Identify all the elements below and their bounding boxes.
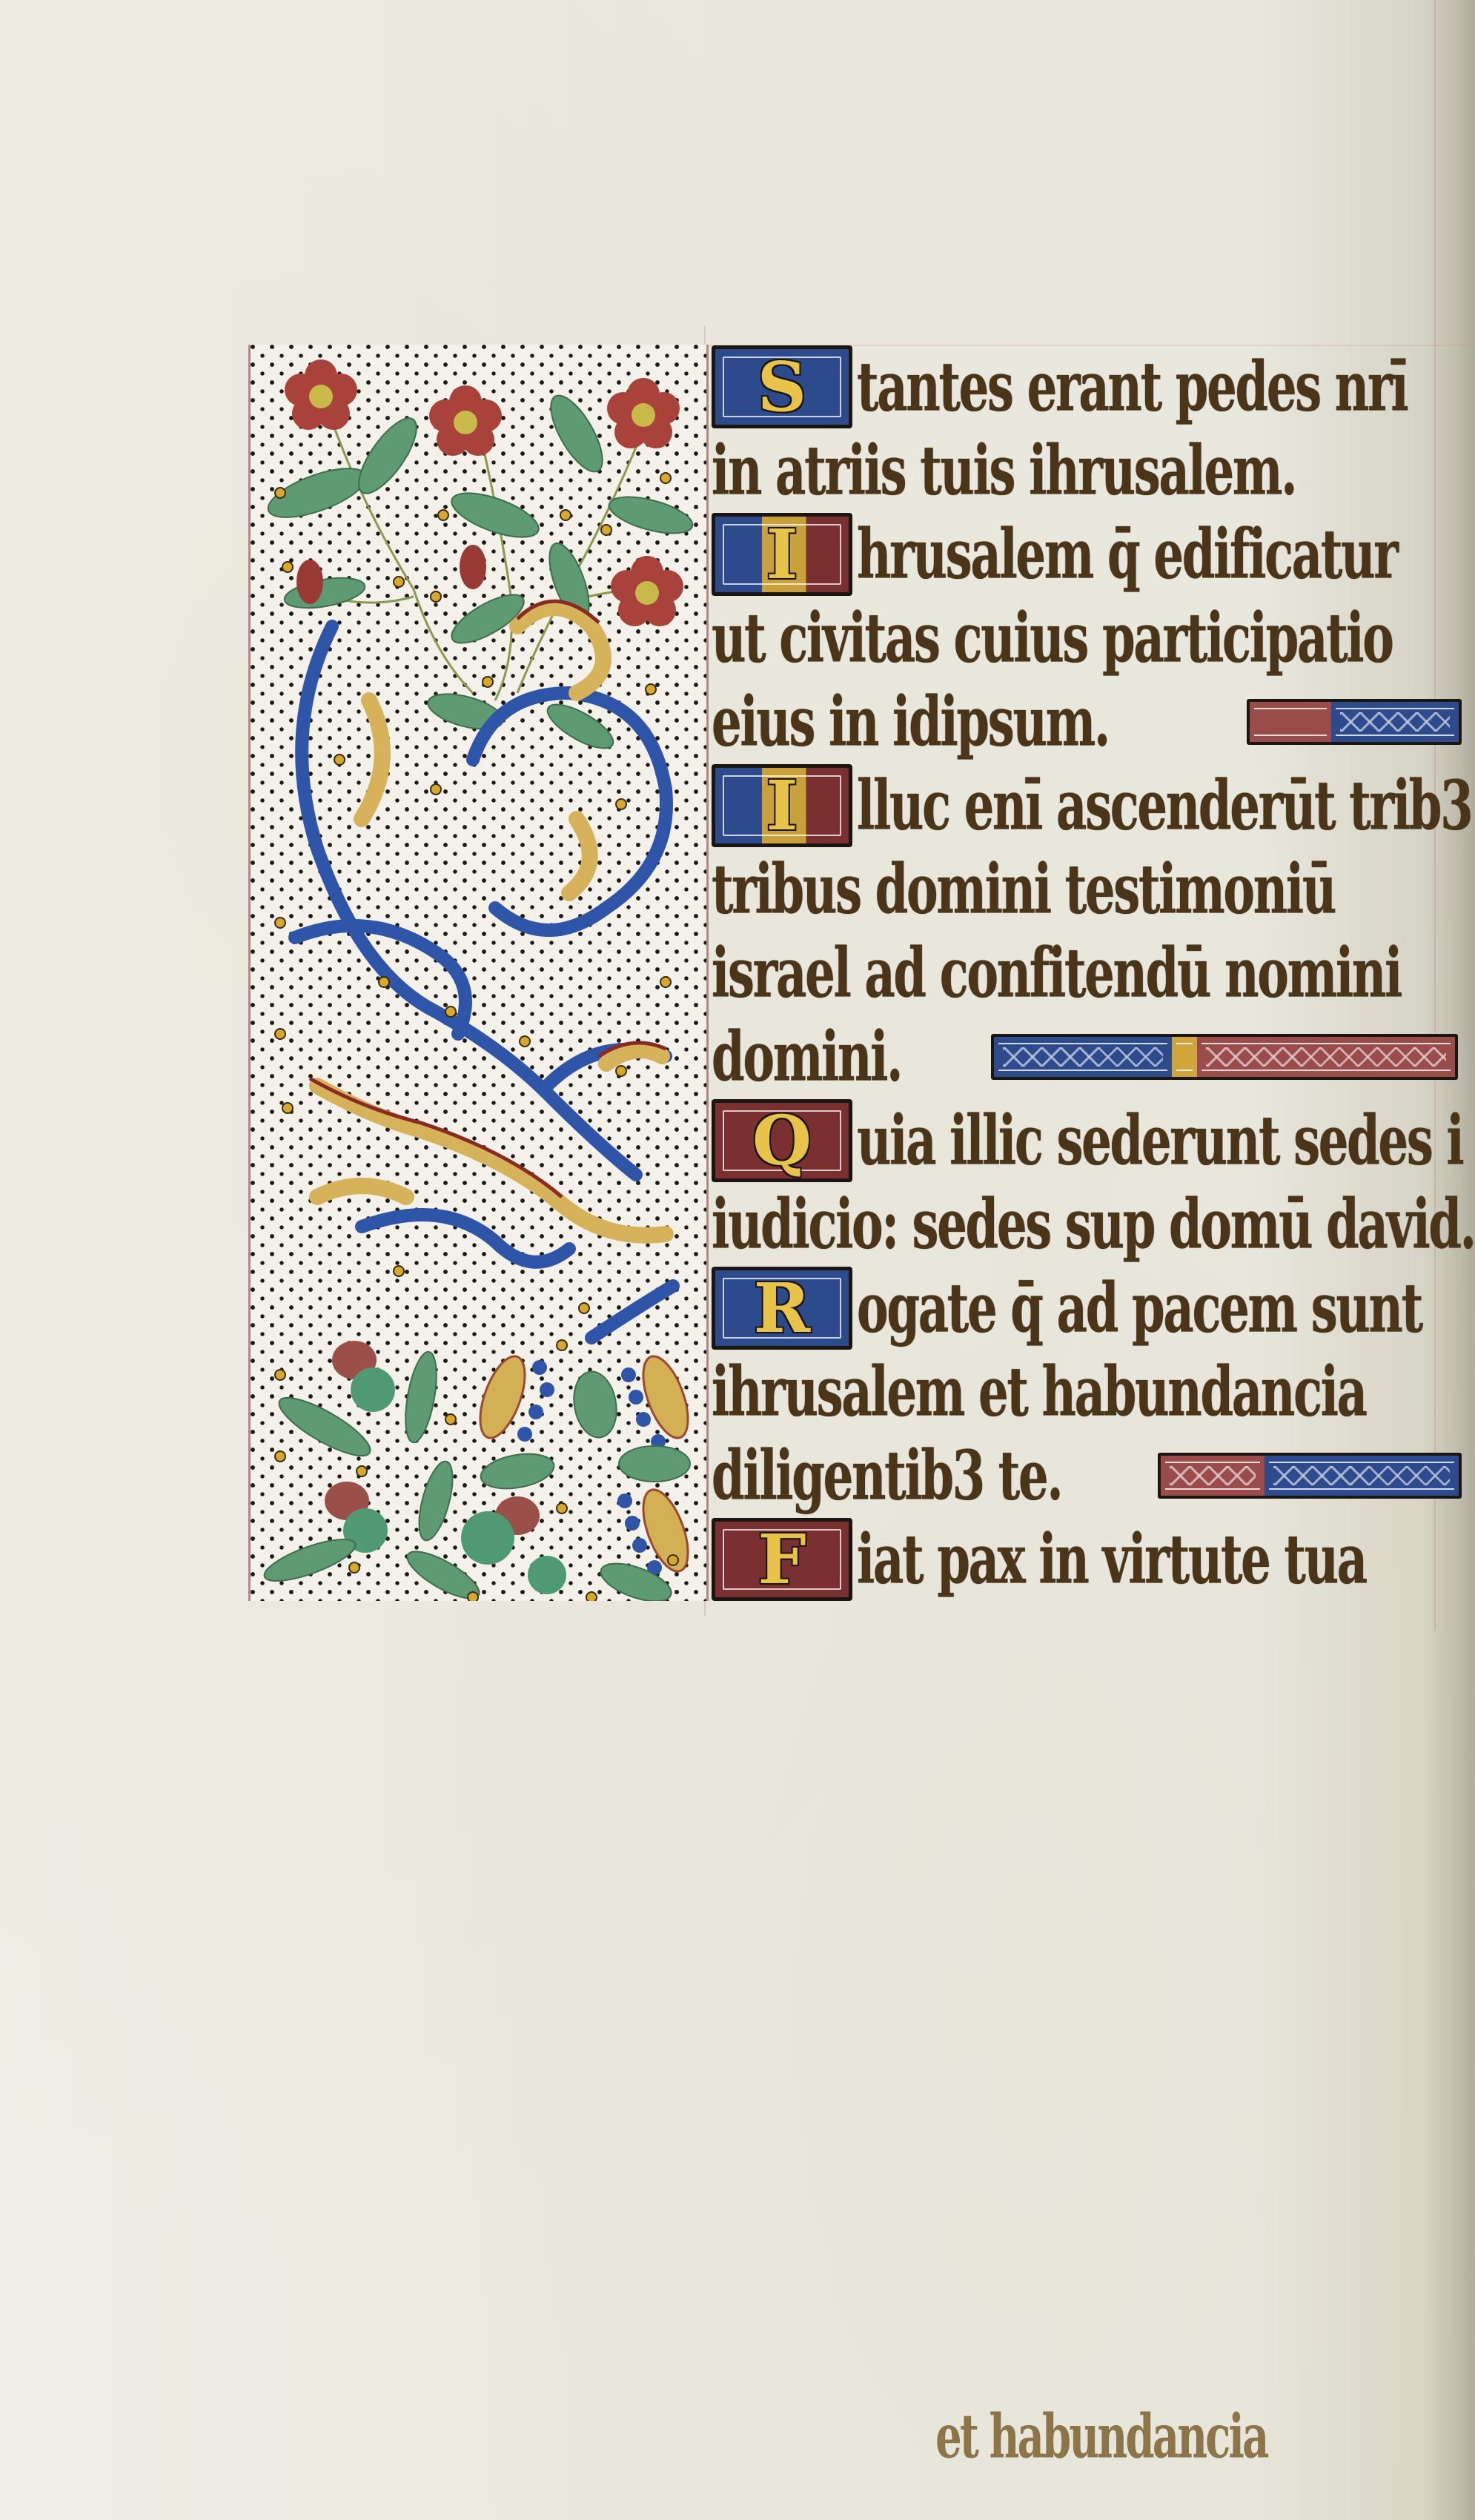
catchword: et habundancia <box>935 2401 1267 2473</box>
line-text: eius in idipsum. <box>712 682 1109 762</box>
text-line-12: R ogate q̄ ad pacem sunt <box>712 1266 1475 1350</box>
line-filler <box>1247 699 1462 745</box>
text-line-3: I hrusalem q̄ edificatur <box>712 512 1475 596</box>
initial-letter-f: F <box>712 1518 852 1601</box>
initial-letter-r: R <box>712 1267 852 1350</box>
bottom-leaves <box>260 1350 690 1601</box>
text-line-15: F iat pax in virtute tua <box>712 1517 1475 1601</box>
text-line-13: ihrusalem et habundancia <box>712 1350 1475 1433</box>
text-line-7: tribus domini testimoniū <box>712 847 1475 931</box>
text-line-6: I lluc enī ascenderūt trib3 <box>712 763 1475 847</box>
line-text: diligentib3 te. <box>712 1436 1061 1516</box>
line-text: iudicio: sedes sup domū david. <box>712 1184 1475 1264</box>
line-text: domini. <box>712 1017 901 1097</box>
line-text: tribus domini testimoniū <box>712 849 1335 929</box>
line-filler <box>991 1034 1458 1080</box>
text-line-1: S tantes erant pedes nrī <box>712 345 1475 428</box>
line-text: tantes erant pedes nrī <box>857 347 1407 427</box>
text-line-11: iudicio: sedes sup domū david. <box>712 1182 1475 1266</box>
initial-letter-s: S <box>712 345 852 428</box>
line-text: ogate q̄ ad pacem sunt <box>857 1268 1422 1348</box>
initial-letter-i: I <box>712 513 852 596</box>
text-line-14: diligentib3 te. <box>712 1433 1160 1517</box>
line-text: ut civitas cuius participatio <box>712 598 1393 678</box>
line-text: iat pax in virtute tua <box>857 1519 1366 1599</box>
floral-acanthus-border-illustration <box>251 345 706 1601</box>
line-text: in atriis tuis ihrusalem. <box>712 431 1296 511</box>
line-text: uia illic sederunt sedes i <box>857 1101 1462 1181</box>
text-line-5: eius in idipsum. <box>712 680 1221 763</box>
line-text: ihrusalem et habundancia <box>712 1352 1366 1432</box>
line-filler <box>1158 1453 1462 1499</box>
initial-letter-q: Q <box>712 1099 852 1182</box>
text-line-10: Q uia illic sederunt sedes i <box>712 1098 1475 1182</box>
initial-letter-i: I <box>712 764 852 847</box>
line-text: lluc enī ascenderūt trib3 <box>857 766 1471 846</box>
line-text: hrusalem q̄ edificatur <box>857 514 1397 594</box>
text-line-9: domini. <box>712 1015 955 1098</box>
text-line-4: ut civitas cuius participatio <box>712 596 1475 680</box>
line-text: israel ad confitendū nomini <box>712 933 1401 1013</box>
text-line-2: in atriis tuis ihrusalem. <box>712 428 1460 512</box>
text-line-8: israel ad confitendū nomini <box>712 931 1475 1015</box>
decorated-border-panel <box>248 345 709 1601</box>
